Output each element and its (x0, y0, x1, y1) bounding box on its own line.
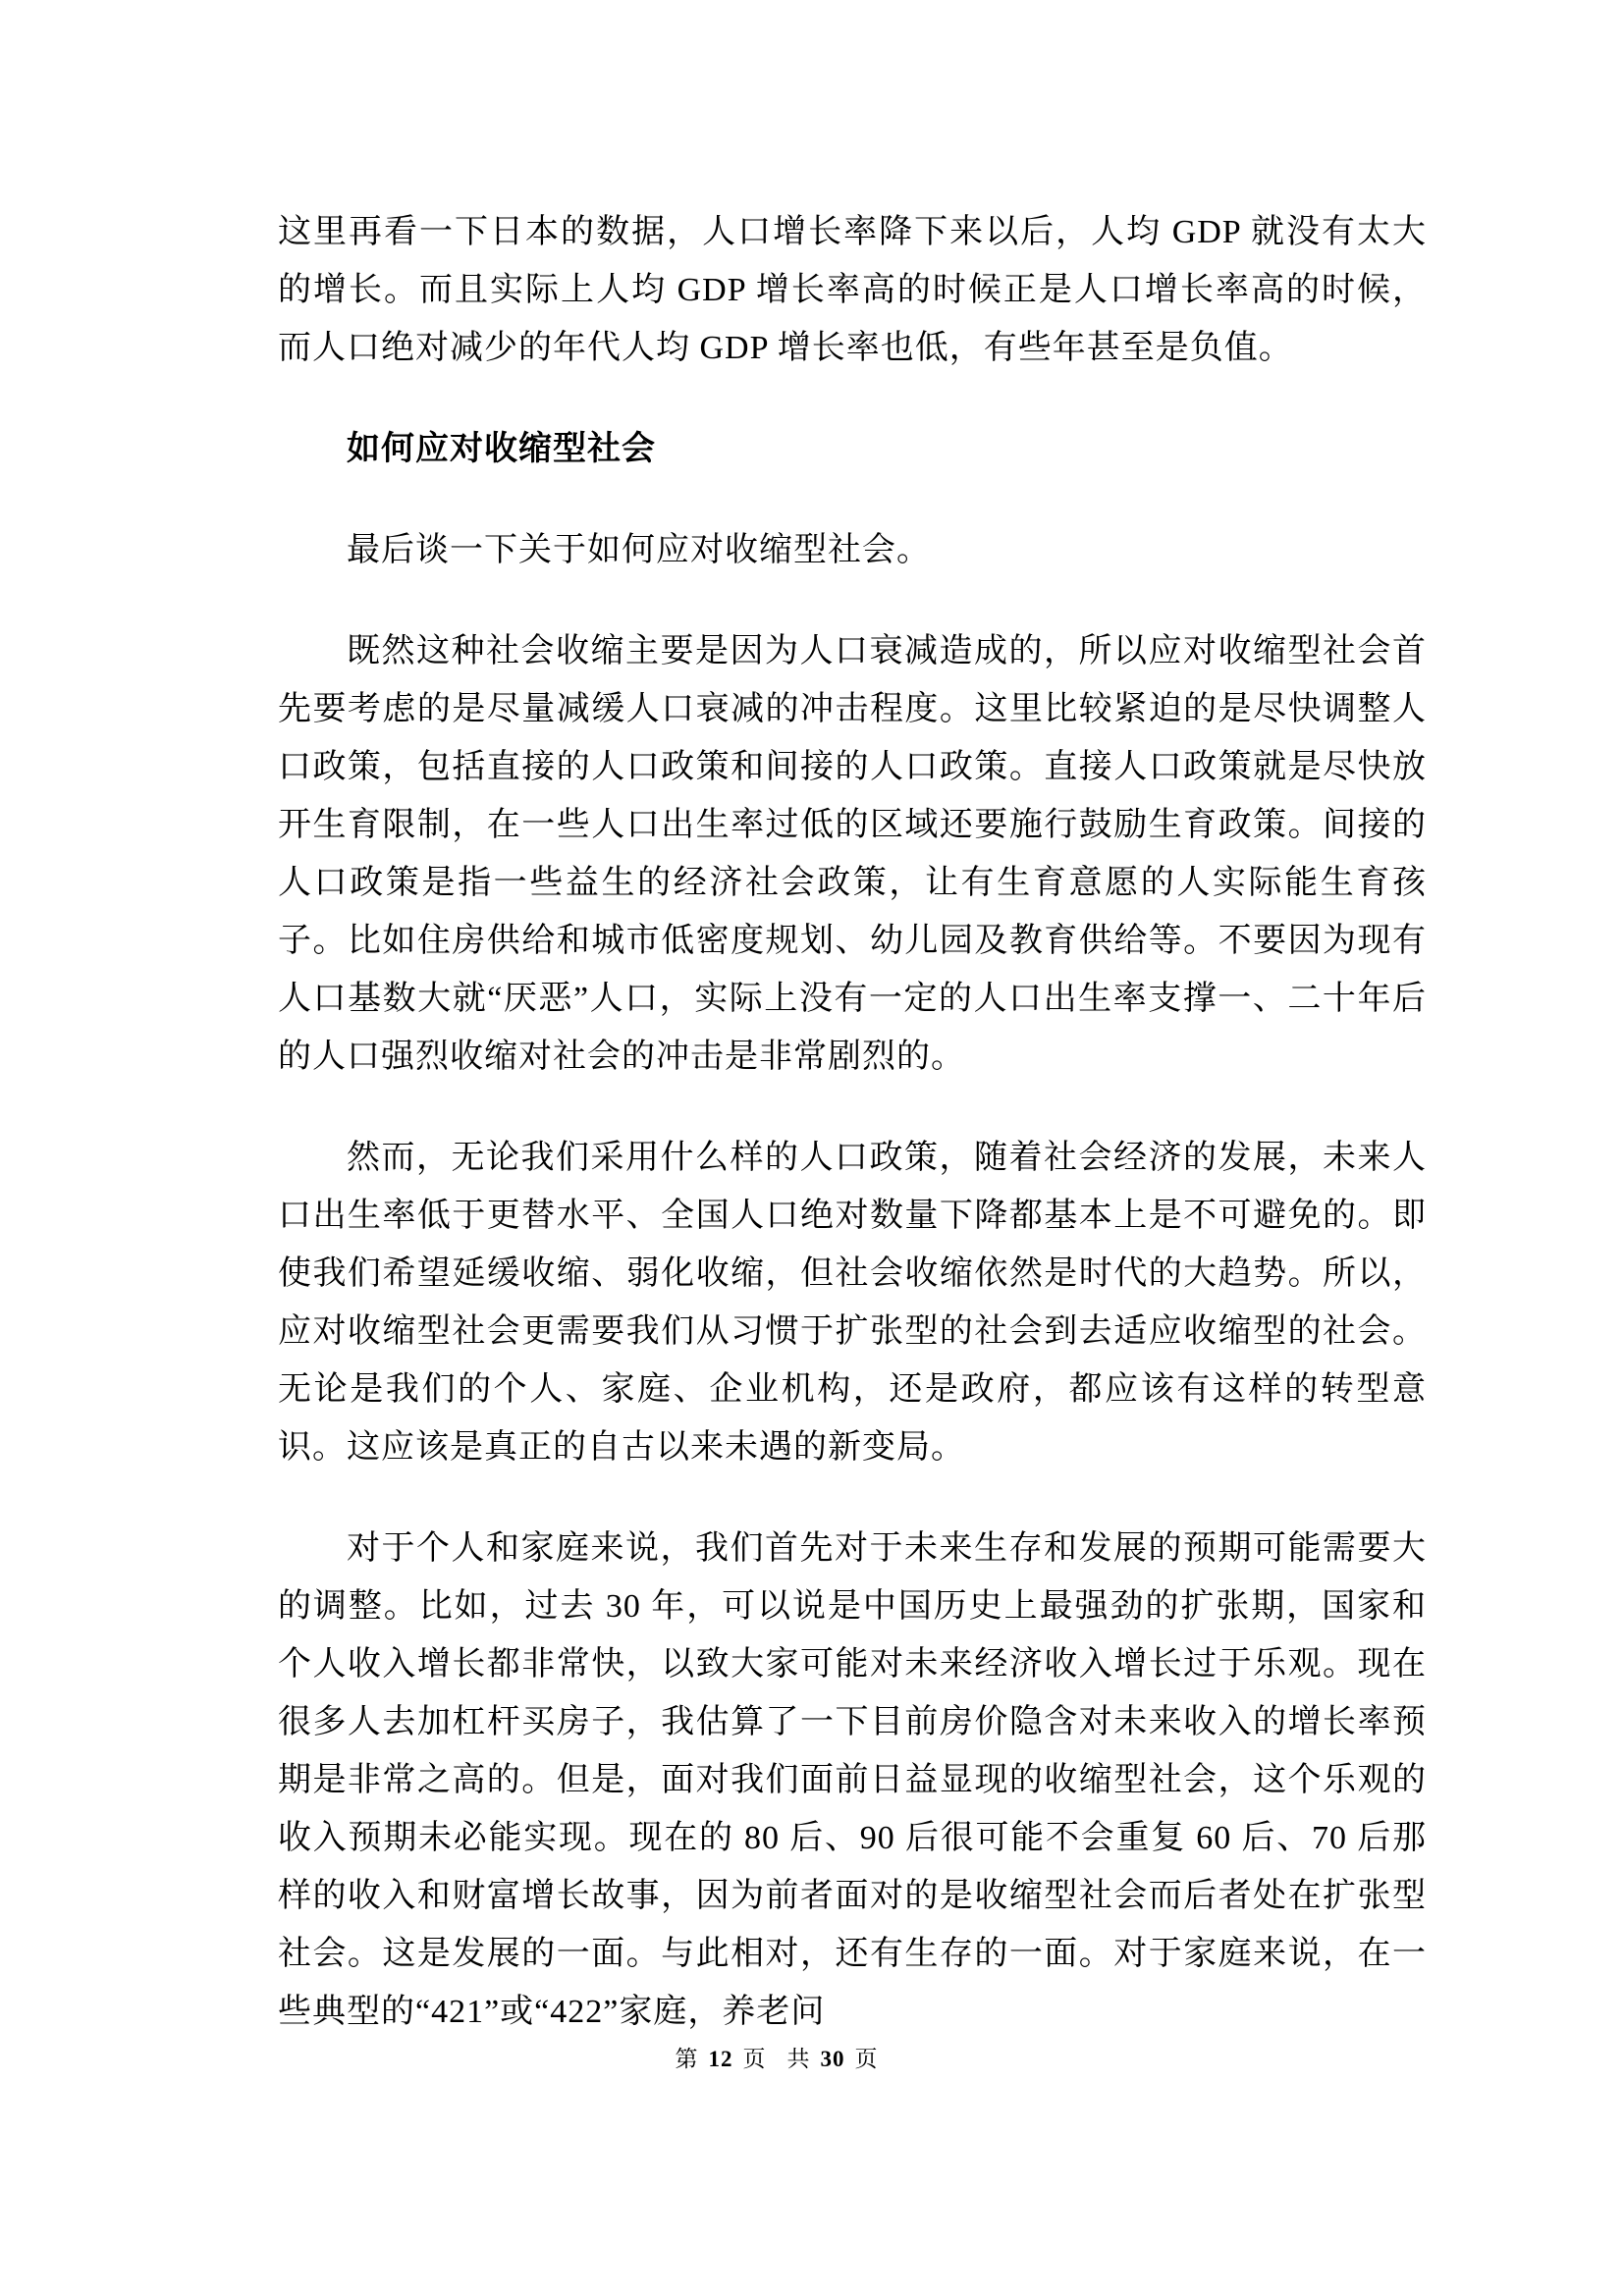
page-footer: 第12页共30页 (0, 2044, 1553, 2075)
footer-page-number: 12 (709, 2047, 733, 2071)
footer-label-gong: 共 (787, 2047, 811, 2071)
footer-label-ye-2: 页 (855, 2047, 879, 2071)
paragraph-population-policy: 既然这种社会收缩主要是因为人口衰减造成的，所以应对收缩型社会首先要考虑的是尽量减… (278, 622, 1427, 1086)
paragraph-individual-family: 对于个人和家庭来说，我们首先对于未来生存和发展的预期可能需要大的调整。比如，过去… (278, 1520, 1427, 2041)
footer-label-ye-1: 页 (743, 2047, 767, 2071)
section-heading: 如何应对收缩型社会 (278, 420, 1427, 478)
page-background: 这里再看一下日本的数据，人口增长率降下来以后，人均 GDP 就没有太大的增长。而… (0, 0, 1624, 2296)
footer-total-pages: 30 (821, 2047, 845, 2071)
footer-label-di: 第 (676, 2047, 699, 2071)
paragraph-japan-gdp-continuation: 这里再看一下日本的数据，人口增长率降下来以后，人均 GDP 就没有太大的增长。而… (278, 203, 1427, 377)
paragraph-intro: 最后谈一下关于如何应对收缩型社会。 (278, 521, 1427, 579)
document-body: 这里再看一下日本的数据，人口增长率降下来以后，人均 GDP 就没有太大的增长。而… (278, 203, 1427, 2084)
paragraph-inevitable-shrinkage: 然而，无论我们采用什么样的人口政策，随着社会经济的发展，未来人口出生率低于更替水… (278, 1129, 1427, 1476)
document-page: { "colors": { "background": "#ffffff", "… (0, 0, 1624, 2296)
